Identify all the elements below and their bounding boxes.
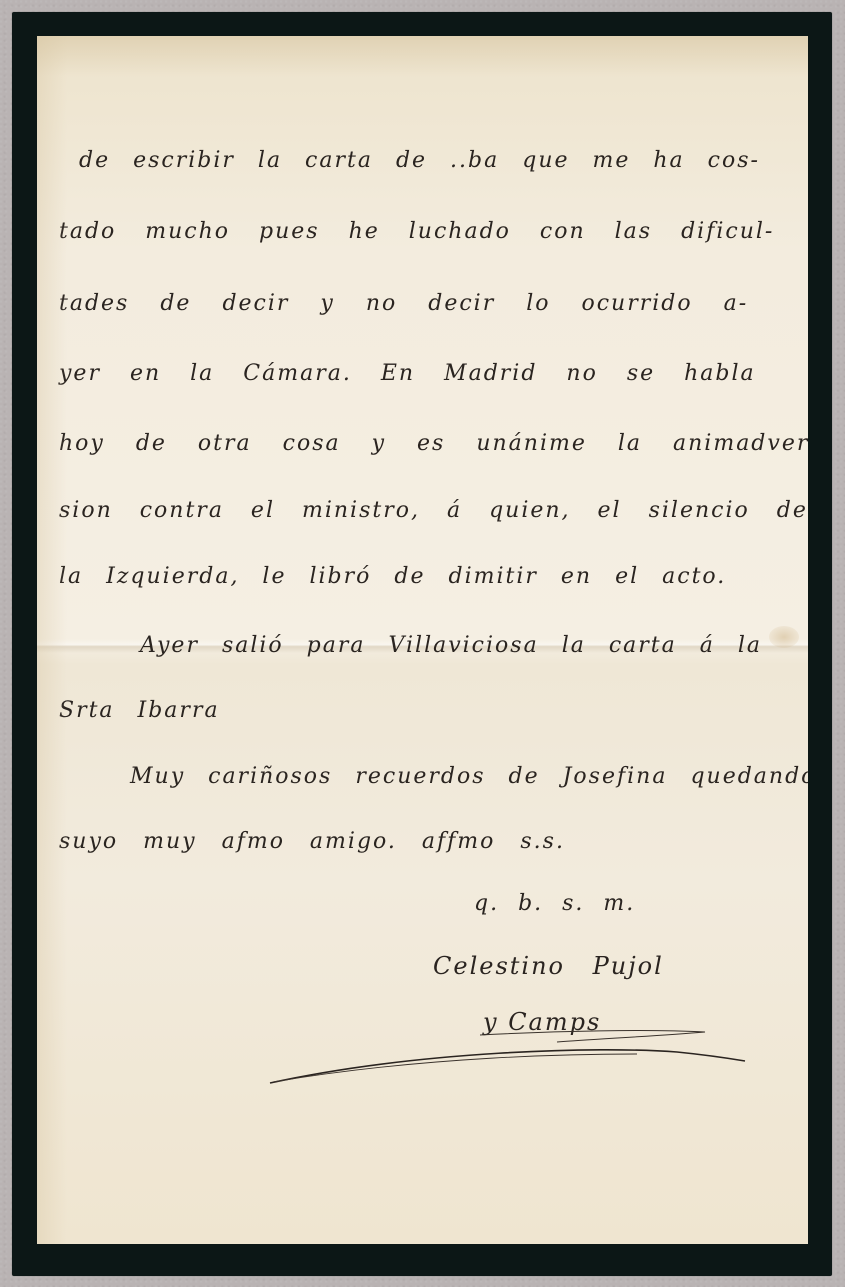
signature-flourish-icon — [37, 36, 808, 1244]
letter-page: de escribir la carta de ..ba que me ha c… — [37, 36, 808, 1244]
